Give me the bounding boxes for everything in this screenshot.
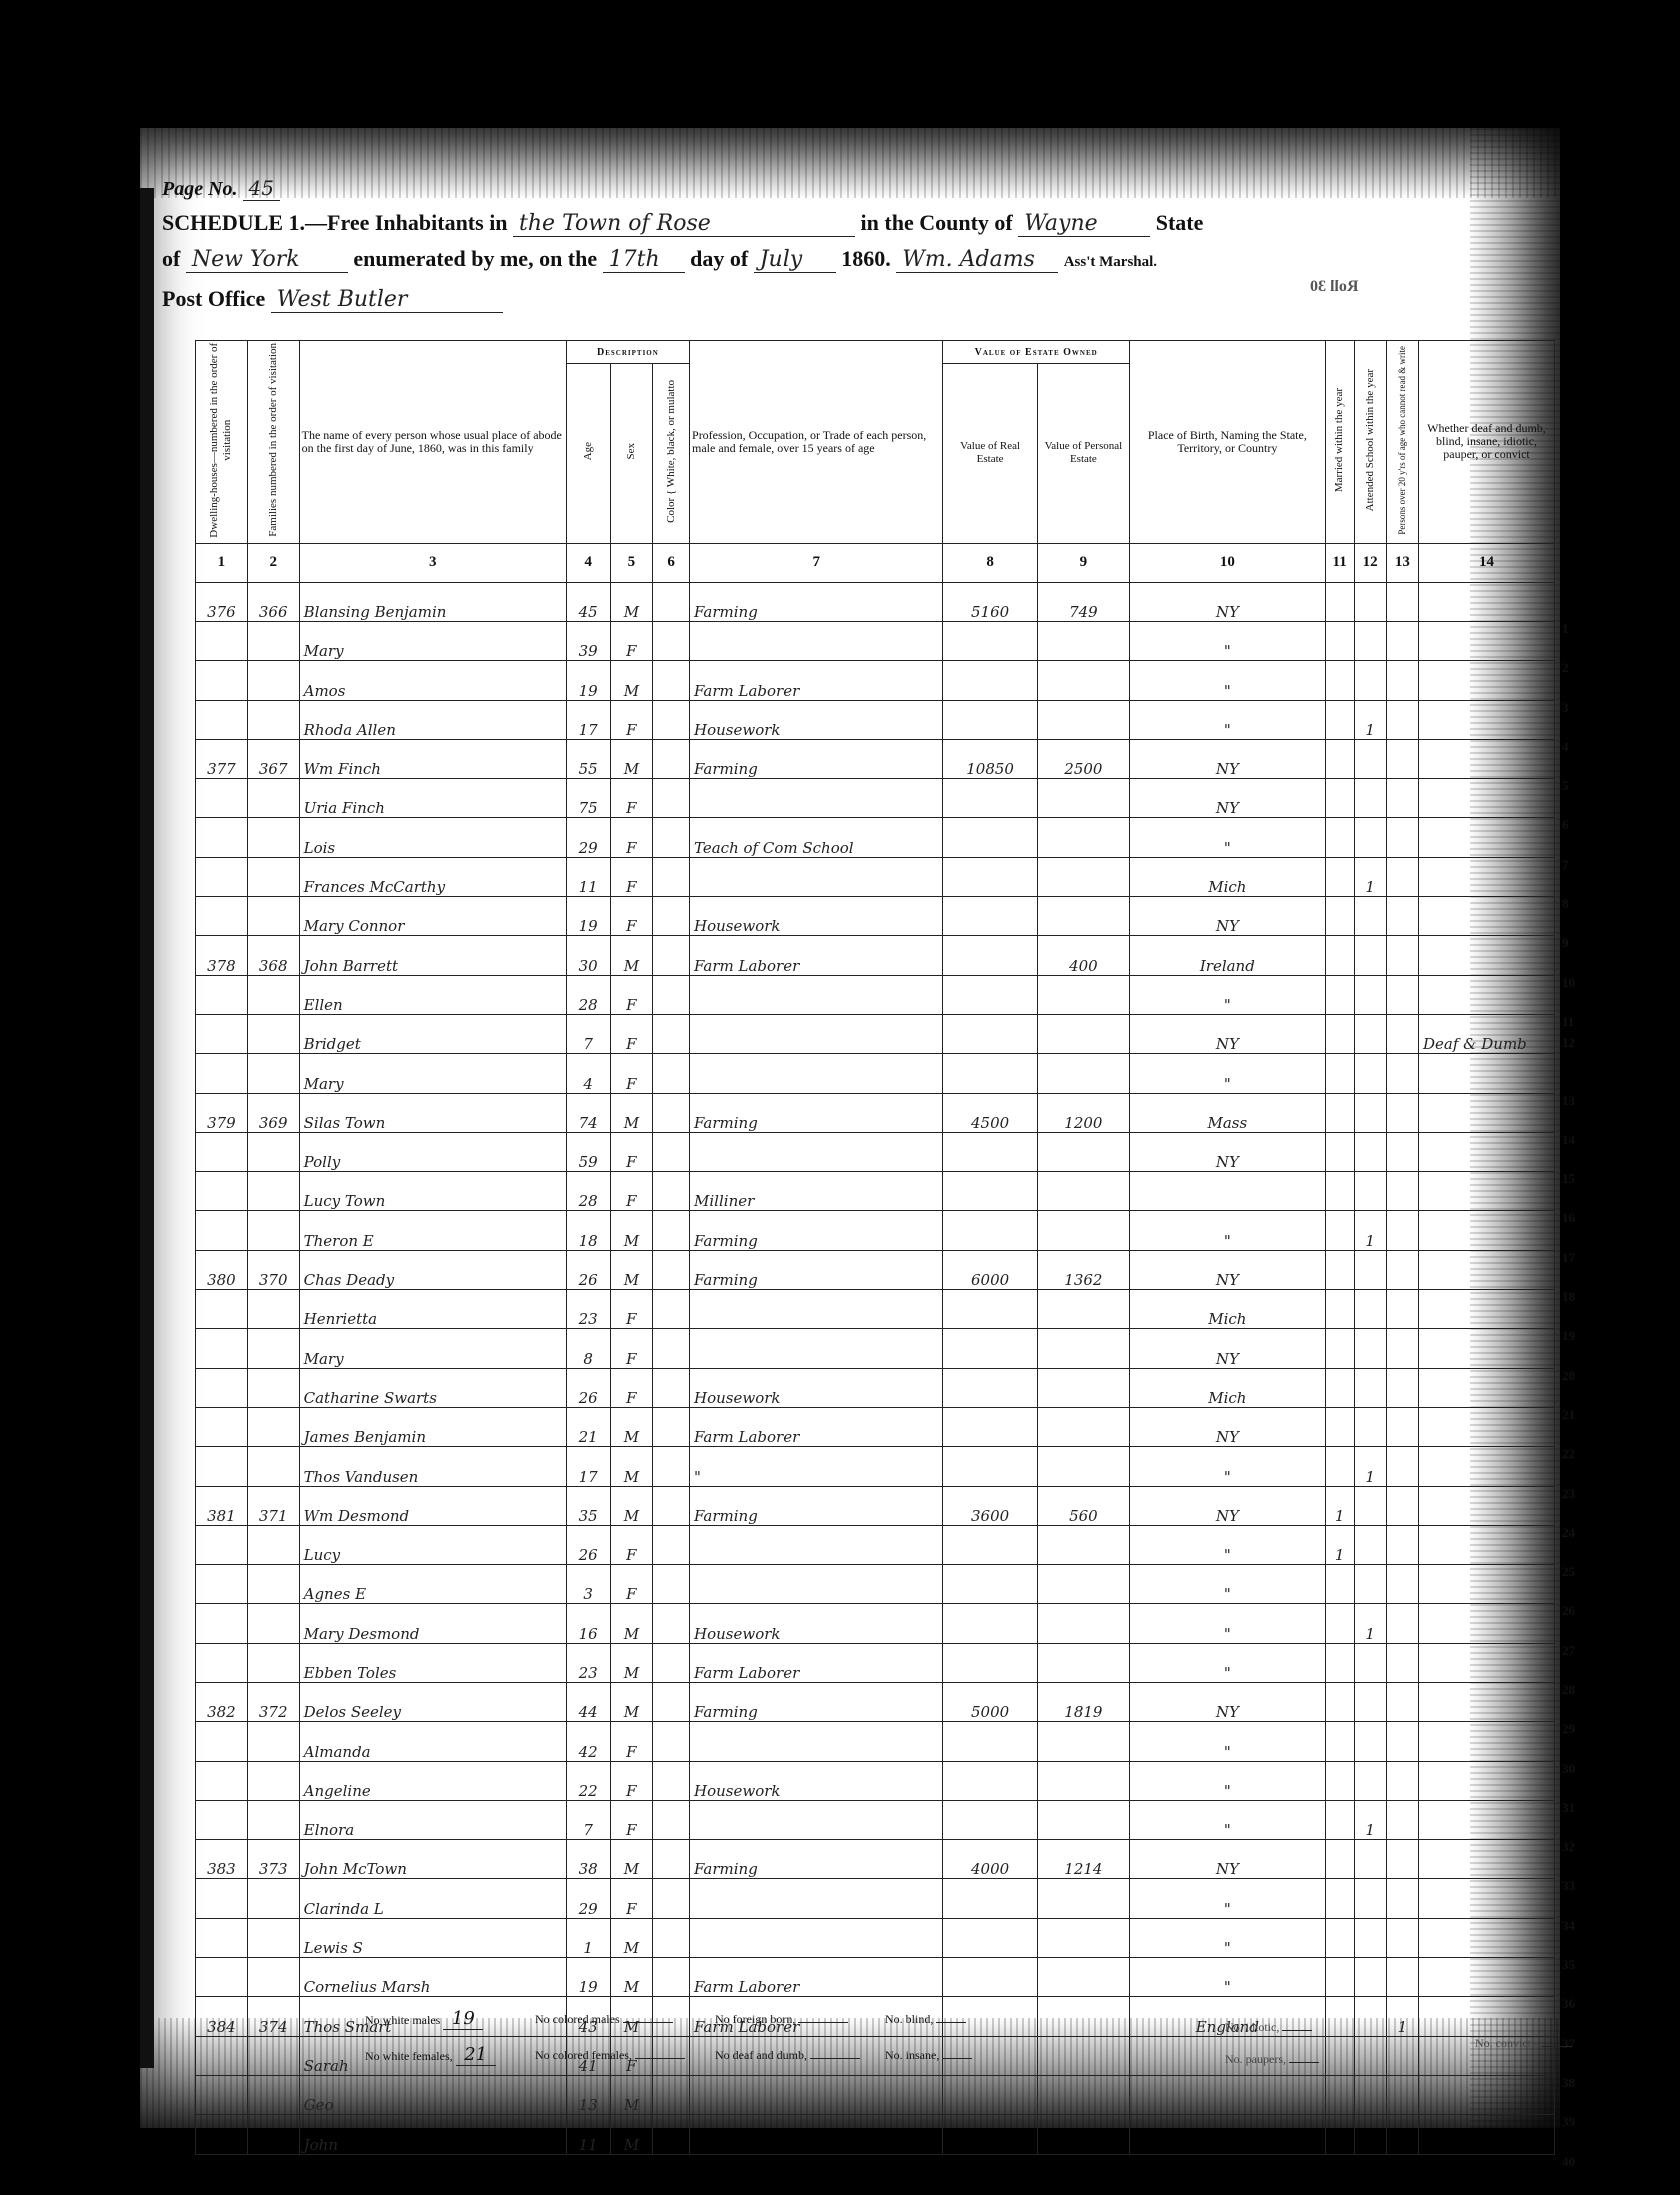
- birthplace: ": [1129, 1918, 1325, 1957]
- sex: M: [610, 2075, 653, 2114]
- cannot-read-write: [1386, 1643, 1418, 1682]
- person-name: James Benjamin: [299, 1407, 566, 1446]
- occupation: Farming: [690, 1683, 943, 1722]
- dwelling-number: 38124: [196, 1486, 248, 1525]
- convicts-label: No. convicts,: [1475, 2036, 1539, 2050]
- attended-school: [1354, 1761, 1386, 1800]
- remarks: 26: [1418, 1565, 1554, 1604]
- family-number: 366: [247, 582, 299, 621]
- color: [653, 1093, 690, 1132]
- cannot-read-write: [1386, 857, 1418, 896]
- table-row: 25Lucy26F"125: [196, 1525, 1555, 1564]
- attended-school: [1354, 1643, 1386, 1682]
- cannot-read-write: [1386, 1840, 1418, 1879]
- married-within-year: [1325, 779, 1354, 818]
- color: [653, 1054, 690, 1093]
- post-office-field: West Butler: [271, 287, 503, 313]
- birthplace: NY: [1129, 739, 1325, 778]
- married-within-year: [1325, 1997, 1354, 2036]
- person-name: Lucy Town: [299, 1172, 566, 1211]
- col-header-birthplace: Place of Birth, Naming the State, Territ…: [1129, 341, 1325, 544]
- personal-estate-value: [1037, 1604, 1129, 1643]
- occupation: [690, 1918, 943, 1957]
- cannot-read-write: [1386, 1211, 1418, 1250]
- person-name: Wm Desmond: [299, 1486, 566, 1525]
- age: 26: [566, 1250, 610, 1289]
- birthplace: Mich: [1129, 1290, 1325, 1329]
- attended-school: [1354, 2115, 1386, 2154]
- attended-school: [1354, 1290, 1386, 1329]
- age: 7: [566, 1800, 610, 1839]
- age: 13: [566, 2075, 610, 2114]
- table-row: 38333373John McTown38MFarming40001214NY3…: [196, 1840, 1555, 1879]
- occupation: Farming: [690, 582, 943, 621]
- remarks: 20: [1418, 1329, 1554, 1368]
- personal-estate-value: [1037, 2075, 1129, 2114]
- line-number-right: 9: [1562, 935, 1588, 951]
- married-within-year: [1325, 2075, 1354, 2114]
- cannot-read-write: [1386, 621, 1418, 660]
- age: 11: [566, 2115, 610, 2154]
- occupation: Housework: [690, 700, 943, 739]
- remarks: 6: [1418, 779, 1554, 818]
- color: [653, 739, 690, 778]
- remarks: 40: [1418, 2115, 1554, 2154]
- color: [653, 897, 690, 936]
- personal-estate-value: [1037, 1172, 1129, 1211]
- remarks: 36: [1418, 1958, 1554, 1997]
- cannot-read-write: [1386, 1800, 1418, 1839]
- col-number: 7: [690, 543, 943, 582]
- remarks: 11: [1418, 975, 1554, 1014]
- remarks: 10: [1418, 936, 1554, 975]
- dwelling-number: 20: [196, 1329, 248, 1368]
- sex: F: [610, 1800, 653, 1839]
- family-number: [247, 1447, 299, 1486]
- real-estate-value: [943, 1407, 1037, 1446]
- married-within-year: [1325, 1683, 1354, 1722]
- occupation: [690, 1329, 943, 1368]
- remarks: 34: [1418, 1879, 1554, 1918]
- attended-school: [1354, 621, 1386, 660]
- line-number-right: 5: [1562, 778, 1588, 794]
- idiotic-label: No. idiotic,: [1225, 2020, 1279, 2034]
- color: [653, 700, 690, 739]
- table-row: 34Clarinda L29F"34: [196, 1879, 1555, 1918]
- family-number: 367: [247, 739, 299, 778]
- personal-estate-value: 749: [1037, 582, 1129, 621]
- table-row: 36Cornelius Marsh19MFarm Laborer"36: [196, 1958, 1555, 1997]
- person-name: Almanda: [299, 1722, 566, 1761]
- remarks: 19: [1418, 1290, 1554, 1329]
- color: [653, 1014, 690, 1053]
- cannot-read-write: [1386, 1447, 1418, 1486]
- age: 23: [566, 1643, 610, 1682]
- state-field: New York: [186, 247, 348, 273]
- year: 1860.: [841, 246, 891, 271]
- age: 4: [566, 1054, 610, 1093]
- county-field: Wayne: [1018, 211, 1150, 237]
- family-number: [247, 1407, 299, 1446]
- real-estate-value: [943, 818, 1037, 857]
- personal-estate-value: [1037, 661, 1129, 700]
- real-estate-value: 3600: [943, 1486, 1037, 1525]
- person-name: Uria Finch: [299, 779, 566, 818]
- sex: M: [610, 1958, 653, 1997]
- attended-school: [1354, 1565, 1386, 1604]
- line-number-right: 16: [1562, 1210, 1588, 1226]
- birthplace: NY: [1129, 1014, 1325, 1053]
- sex: F: [610, 700, 653, 739]
- remarks: 8: [1418, 857, 1554, 896]
- family-number: [247, 1958, 299, 1997]
- birthplace: ": [1129, 1565, 1325, 1604]
- birthplace: [1129, 2075, 1325, 2114]
- attended-school: [1354, 1132, 1386, 1171]
- cannot-read-write: [1386, 1054, 1418, 1093]
- sex: M: [610, 1918, 653, 1957]
- occupation: [690, 1054, 943, 1093]
- table-row: 7Lois29FTeach of Com School"7: [196, 818, 1555, 857]
- person-name: Thos Vandusen: [299, 1447, 566, 1486]
- table-row: 31Angeline22FHousework"31: [196, 1761, 1555, 1800]
- sex: F: [610, 975, 653, 1014]
- age: 26: [566, 1368, 610, 1407]
- color: [653, 1368, 690, 1407]
- remarks: 23: [1418, 1447, 1554, 1486]
- personal-estate-value: [1037, 621, 1129, 660]
- dwelling-number: 31: [196, 1761, 248, 1800]
- cannot-read-write: [1386, 1093, 1418, 1132]
- family-number: [247, 897, 299, 936]
- attended-school: 1: [1354, 857, 1386, 896]
- age: 3: [566, 1565, 610, 1604]
- married-within-year: [1325, 1014, 1354, 1053]
- line-number-right: 17: [1562, 1250, 1588, 1266]
- attended-school: [1354, 818, 1386, 857]
- real-estate-value: [943, 1368, 1037, 1407]
- married-within-year: [1325, 1290, 1354, 1329]
- col-header-real-estate: Value of Real Estate: [943, 364, 1037, 544]
- color: [653, 1761, 690, 1800]
- sex: M: [610, 936, 653, 975]
- line-number-right: 35: [1562, 1957, 1588, 1973]
- person-name: Lewis S: [299, 1918, 566, 1957]
- line-number-right: 22: [1562, 1446, 1588, 1462]
- dwelling-number: 37914: [196, 1093, 248, 1132]
- cannot-read-write: [1386, 1329, 1418, 1368]
- married-within-year: [1325, 857, 1354, 896]
- remarks: 35: [1418, 1918, 1554, 1957]
- col-number: 6: [653, 543, 690, 582]
- birthplace: NY: [1129, 1486, 1325, 1525]
- col-number: 12: [1354, 543, 1386, 582]
- dwelling-number: 27: [196, 1604, 248, 1643]
- color: [653, 2115, 690, 2154]
- line-number-right: 4: [1562, 739, 1588, 755]
- col-header-estate: Value of Estate Owned: [943, 341, 1130, 364]
- line-number-right: 23: [1562, 1486, 1588, 1502]
- attended-school: 1: [1354, 700, 1386, 739]
- sex: F: [610, 779, 653, 818]
- age: 8: [566, 1329, 610, 1368]
- white-males-label: No white males: [365, 2013, 440, 2027]
- dwelling-number: 26: [196, 1565, 248, 1604]
- married-within-year: [1325, 1722, 1354, 1761]
- age: 1: [566, 1918, 610, 1957]
- line-number-right: 12: [1562, 1035, 1588, 1051]
- attended-school: [1354, 661, 1386, 700]
- birthplace: ": [1129, 1761, 1325, 1800]
- birthplace: ": [1129, 1800, 1325, 1839]
- cannot-read-write: [1386, 1683, 1418, 1722]
- birthplace: NY: [1129, 897, 1325, 936]
- family-number: [247, 1054, 299, 1093]
- personal-estate-value: [1037, 1211, 1129, 1250]
- family-number: [247, 1643, 299, 1682]
- personal-estate-value: [1037, 1290, 1129, 1329]
- occupation: Milliner: [690, 1172, 943, 1211]
- person-name: Lois: [299, 818, 566, 857]
- schedule-label: SCHEDULE 1.—Free Inhabitants in: [162, 210, 508, 235]
- color: [653, 1250, 690, 1289]
- age: 28: [566, 975, 610, 1014]
- sex: F: [610, 1525, 653, 1564]
- married-within-year: [1325, 1093, 1354, 1132]
- age: 23: [566, 1290, 610, 1329]
- county-label: in the County of: [861, 210, 1013, 235]
- cannot-read-write: [1386, 739, 1418, 778]
- birthplace: ": [1129, 661, 1325, 700]
- col-number: 9: [1037, 543, 1129, 582]
- married-within-year: [1325, 661, 1354, 700]
- occupation: Farm Laborer: [690, 1407, 943, 1446]
- microfilm-stamp: Roll 30: [1310, 278, 1358, 296]
- person-name: John: [299, 2115, 566, 2154]
- age: 75: [566, 779, 610, 818]
- birthplace: ": [1129, 1879, 1325, 1918]
- line-number-right: 10: [1562, 975, 1588, 991]
- remarks: 15: [1418, 1132, 1554, 1171]
- white-males-count: 19: [443, 2008, 483, 2030]
- personal-estate-value: [1037, 1918, 1129, 1957]
- person-name: Henrietta: [299, 1290, 566, 1329]
- line-number-right: 11: [1562, 1014, 1588, 1030]
- family-number: 374: [247, 1997, 299, 2036]
- birthplace: ": [1129, 1525, 1325, 1564]
- attended-school: [1354, 1683, 1386, 1722]
- table-row: 37810368John Barrett30MFarm Laborer400Ir…: [196, 936, 1555, 975]
- dwelling-number: 40: [196, 2115, 248, 2154]
- age: 44: [566, 1683, 610, 1722]
- dwelling-number: 11: [196, 975, 248, 1014]
- person-name: Catharine Swarts: [299, 1368, 566, 1407]
- person-name: Rhoda Allen: [299, 700, 566, 739]
- person-name: Geo: [299, 2075, 566, 2114]
- col-header-age: Age: [566, 364, 610, 544]
- attended-school: [1354, 1722, 1386, 1761]
- birthplace: NY: [1129, 1132, 1325, 1171]
- dwelling-number: 38333: [196, 1840, 248, 1879]
- remarks: 31: [1418, 1761, 1554, 1800]
- col-number: 10: [1129, 543, 1325, 582]
- color: [653, 1918, 690, 1957]
- remarks: 5: [1418, 739, 1554, 778]
- person-name: Elnora: [299, 1800, 566, 1839]
- married-within-year: [1325, 1368, 1354, 1407]
- sex: F: [610, 621, 653, 660]
- dwelling-number: 4: [196, 700, 248, 739]
- age: 45: [566, 582, 610, 621]
- dwelling-number: 38229: [196, 1683, 248, 1722]
- marshal-field: Wm. Adams: [896, 247, 1058, 273]
- deaf-dumb-label: No deaf and dumb,: [715, 2048, 807, 2062]
- real-estate-value: [943, 1761, 1037, 1800]
- family-number: [247, 1918, 299, 1957]
- family-number: [247, 779, 299, 818]
- birthplace: ": [1129, 1054, 1325, 1093]
- sex: M: [610, 661, 653, 700]
- age: 39: [566, 621, 610, 660]
- dwelling-number: 30: [196, 1722, 248, 1761]
- color: [653, 1290, 690, 1329]
- personal-estate-value: 1819: [1037, 1683, 1129, 1722]
- sex: F: [610, 1014, 653, 1053]
- line-number-right: 19: [1562, 1328, 1588, 1344]
- dwelling-number: 23: [196, 1447, 248, 1486]
- remarks: 24: [1418, 1486, 1554, 1525]
- age: 29: [566, 1879, 610, 1918]
- col-number: 14: [1418, 543, 1554, 582]
- cannot-read-write: [1386, 1172, 1418, 1211]
- col-number: 1: [196, 543, 248, 582]
- attended-school: [1354, 779, 1386, 818]
- personal-estate-value: 400: [1037, 936, 1129, 975]
- occupation: [690, 975, 943, 1014]
- real-estate-value: [943, 1525, 1037, 1564]
- dwelling-number: 38018: [196, 1250, 248, 1289]
- enumerated-label: enumerated by me, on the: [353, 246, 597, 271]
- sex: F: [610, 897, 653, 936]
- line-number-right: 14: [1562, 1132, 1588, 1148]
- occupation: Farm Laborer: [690, 936, 943, 975]
- line-number-right: 27: [1562, 1643, 1588, 1659]
- person-name: Mary: [299, 621, 566, 660]
- sex: F: [610, 1722, 653, 1761]
- birthplace: NY: [1129, 1407, 1325, 1446]
- attended-school: [1354, 936, 1386, 975]
- dwelling-number: 25: [196, 1525, 248, 1564]
- married-within-year: 1: [1325, 1525, 1354, 1564]
- line-number-right: 25: [1562, 1564, 1588, 1580]
- married-within-year: [1325, 2036, 1354, 2075]
- col-header-name: The name of every person whose usual pla…: [299, 341, 566, 544]
- family-number: [247, 1290, 299, 1329]
- attended-school: 1: [1354, 1211, 1386, 1250]
- remarks: 4: [1418, 700, 1554, 739]
- cannot-read-write: 1: [1386, 1997, 1418, 2036]
- month-field: July: [754, 247, 836, 273]
- real-estate-value: [943, 936, 1037, 975]
- real-estate-value: 5160: [943, 582, 1037, 621]
- occupation: [690, 1722, 943, 1761]
- sex: M: [610, 1093, 653, 1132]
- page-number: 45: [243, 176, 280, 201]
- person-name: Polly: [299, 1132, 566, 1171]
- occupation: [690, 1800, 943, 1839]
- age: 29: [566, 818, 610, 857]
- person-name: John Barrett: [299, 936, 566, 975]
- birthplace: ": [1129, 1604, 1325, 1643]
- dwelling-number: 32: [196, 1800, 248, 1839]
- dwelling-number: 17: [196, 1211, 248, 1250]
- attended-school: [1354, 1997, 1386, 2036]
- col-number: 13: [1386, 543, 1418, 582]
- married-within-year: [1325, 1918, 1354, 1957]
- color: [653, 1486, 690, 1525]
- real-estate-value: [943, 1132, 1037, 1171]
- table-row: 4Rhoda Allen17FHousework"14: [196, 700, 1555, 739]
- col-header-family: Families numbered in the order of visita…: [247, 341, 299, 544]
- birthplace: ": [1129, 975, 1325, 1014]
- real-estate-value: [943, 1290, 1037, 1329]
- real-estate-value: [943, 2115, 1037, 2154]
- col-header-sex: Sex: [610, 364, 653, 544]
- sex: F: [610, 857, 653, 896]
- occupation: Farm Laborer: [690, 1958, 943, 1997]
- dwelling-number: 19: [196, 1290, 248, 1329]
- real-estate-value: [943, 1211, 1037, 1250]
- sex: M: [610, 1211, 653, 1250]
- person-name: Mary Desmond: [299, 1604, 566, 1643]
- family-number: [247, 1565, 299, 1604]
- personal-estate-value: [1037, 897, 1129, 936]
- attended-school: [1354, 1525, 1386, 1564]
- white-females-label: No white females,: [365, 2049, 453, 2063]
- attended-school: [1354, 1407, 1386, 1446]
- person-name: Mary Connor: [299, 897, 566, 936]
- married-within-year: [1325, 1643, 1354, 1682]
- col-header-occupation: Profession, Occupation, or Trade of each…: [690, 341, 943, 544]
- cannot-read-write: [1386, 818, 1418, 857]
- remarks: 17: [1418, 1211, 1554, 1250]
- color: [653, 1211, 690, 1250]
- age: 74: [566, 1093, 610, 1132]
- line-number-right: 34: [1562, 1918, 1588, 1934]
- remarks: 22: [1418, 1407, 1554, 1446]
- cannot-read-write: [1386, 1407, 1418, 1446]
- remarks: 21: [1418, 1368, 1554, 1407]
- remarks: 37: [1418, 1997, 1554, 2036]
- col-header-color: Color { White, black, or mulatto: [653, 364, 690, 544]
- table-row: 30Almanda42F"30: [196, 1722, 1555, 1761]
- line-number-right: 21: [1562, 1407, 1588, 1423]
- attended-school: [1354, 1368, 1386, 1407]
- married-within-year: [1325, 739, 1354, 778]
- personal-estate-value: 1362: [1037, 1250, 1129, 1289]
- age: 19: [566, 661, 610, 700]
- dwelling-number: 35: [196, 1918, 248, 1957]
- line-number-right: 15: [1562, 1171, 1588, 1187]
- cannot-read-write: [1386, 1290, 1418, 1329]
- remarks: 33: [1418, 1840, 1554, 1879]
- table-row: 22James Benjamin21MFarm LaborerNY22: [196, 1407, 1555, 1446]
- cannot-read-write: [1386, 1918, 1418, 1957]
- family-number: [247, 818, 299, 857]
- birthplace: NY: [1129, 582, 1325, 621]
- col-header-illiterate: Persons over 20 y'rs of age who cannot r…: [1386, 341, 1418, 544]
- dwelling-number: 38: [196, 2036, 248, 2075]
